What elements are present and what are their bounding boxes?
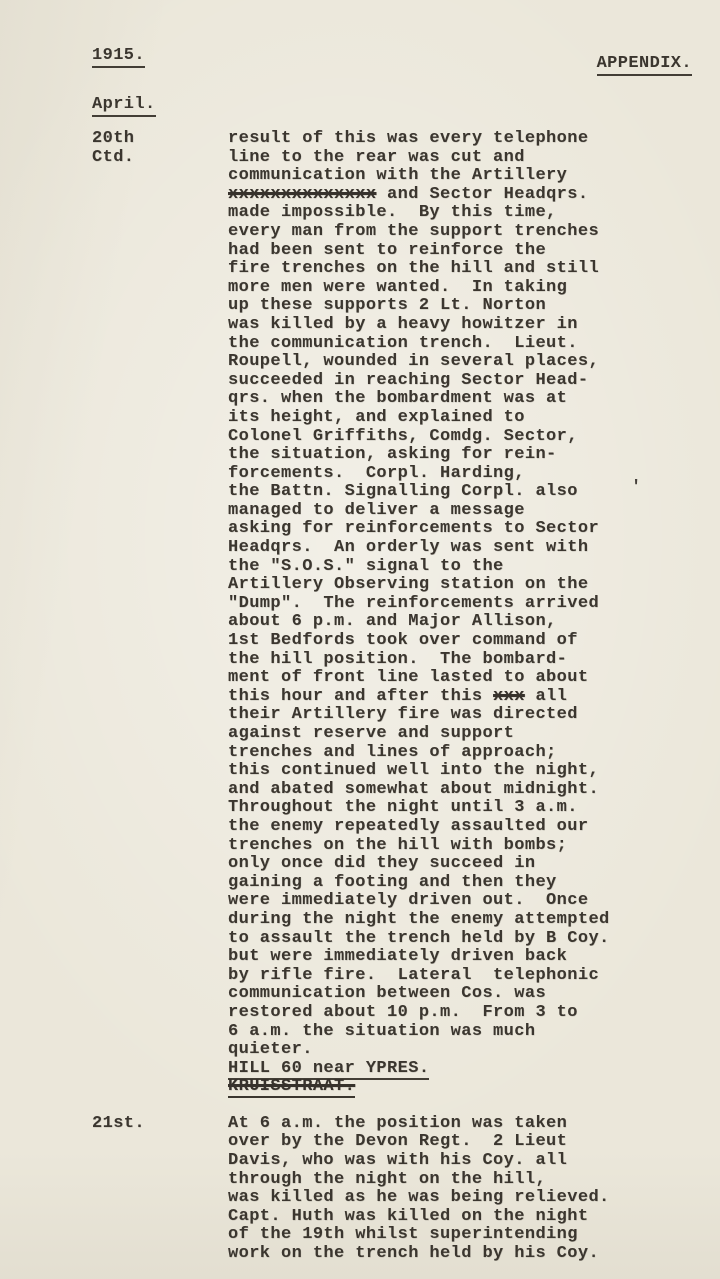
text-line: qrs. when the bombardment was at: [228, 390, 720, 409]
text-line: gaining a footing and then they: [228, 874, 720, 893]
text-segment: managed to deliver a message: [228, 501, 525, 520]
text-line: had been sent to reinforce the: [228, 242, 720, 261]
text-line: ment of front line lasted to about: [228, 669, 720, 688]
text-segment: during the night the enemy attempted: [228, 910, 610, 929]
text-line: their Artillery fire was directed: [228, 706, 720, 725]
text-line: At 6 a.m. the position was taken: [228, 1115, 720, 1134]
text-line: over by the Devon Regt. 2 Lieut: [228, 1133, 720, 1152]
text-segment: the enemy repeatedly assaulted our: [228, 817, 588, 836]
text-segment: Davis, who was with his Coy. all: [228, 1151, 567, 1170]
entry-body: At 6 a.m. the position was takenover by …: [228, 1115, 720, 1264]
document-page: 1915. APPENDIX. April. 20thCtd.result of…: [0, 0, 720, 1279]
text-segment: the hill position. The bombard-: [228, 650, 567, 669]
text-segment: Headqrs. An orderly was sent with: [228, 538, 588, 557]
text-line: by rifle fire. Lateral telephonic: [228, 967, 720, 986]
text-segment: only once did they succeed in: [228, 854, 535, 873]
text-line: were immediately driven out. Once: [228, 892, 720, 911]
text-line: the situation, asking for rein-: [228, 446, 720, 465]
ink-speck: ': [631, 478, 642, 497]
text-line: "Dump". The reinforcements arrived: [228, 595, 720, 614]
text-line: during the night the enemy attempted: [228, 911, 720, 930]
diary-entries: 20thCtd.result of this was every telepho…: [0, 130, 720, 1264]
text-segment: by rifle fire. Lateral telephonic: [228, 966, 599, 985]
text-line: made impossible. By this time,: [228, 204, 720, 223]
text-segment: restored about 10 p.m. From 3 to: [228, 1003, 578, 1022]
text-segment: 1st Bedfords took over command of: [228, 631, 578, 650]
text-line: was killed by a heavy howitzer in: [228, 316, 720, 335]
text-segment: the situation, asking for rein-: [228, 445, 557, 464]
text-line: only once did they succeed in: [228, 855, 720, 874]
text-line: restored about 10 p.m. From 3 to: [228, 1004, 720, 1023]
text-line: the hill position. The bombard-: [228, 651, 720, 670]
text-segment: its height, and explained to: [228, 408, 525, 427]
text-segment: this hour and after this: [228, 687, 493, 706]
text-line: asking for reinforcements to Sector: [228, 520, 720, 539]
text-line: more men were wanted. In taking: [228, 279, 720, 298]
text-line: fire trenches on the hill and still: [228, 260, 720, 279]
text-segment: ment of front line lasted to about: [228, 668, 588, 687]
entry-date: 21st.: [92, 1115, 228, 1134]
text-segment: made impossible. By this time,: [228, 203, 557, 222]
text-segment: more men were wanted. In taking: [228, 278, 567, 297]
text-segment: result of this was every telephone: [228, 129, 588, 148]
text-segment: quieter.: [228, 1040, 313, 1059]
text-segment: up these supports 2 Lt. Norton: [228, 296, 546, 315]
diary-entry: 21st.At 6 a.m. the position was takenove…: [92, 1115, 720, 1264]
text-segment: Capt. Huth was killed on the night: [228, 1207, 588, 1226]
struck-text: xxx: [493, 687, 525, 706]
text-line: this continued well into the night,: [228, 762, 720, 781]
text-segment: were immediately driven out. Once: [228, 891, 588, 910]
appendix-heading: APPENDIX.: [597, 54, 692, 76]
text-segment: was killed as he was being relieved.: [228, 1188, 610, 1207]
text-segment: gaining a footing and then they: [228, 873, 557, 892]
text-line: communication with the Artillery: [228, 167, 720, 186]
text-line: result of this was every telephone: [228, 130, 720, 149]
entry-date-label: 21st.: [92, 1115, 228, 1134]
text-line: the communication trench. Lieut.: [228, 335, 720, 354]
month-heading: April.: [92, 95, 156, 117]
text-segment: every man from the support trenches: [228, 222, 599, 241]
text-segment: Artillery Observing station on the: [228, 575, 588, 594]
text-line: against reserve and support: [228, 725, 720, 744]
text-line: the enemy repeatedly assaulted our: [228, 818, 720, 837]
text-segment: fire trenches on the hill and still: [228, 259, 599, 278]
year-heading: 1915.: [92, 46, 145, 68]
text-line: Headqrs. An orderly was sent with: [228, 539, 720, 558]
text-line: Throughout the night until 3 a.m.: [228, 799, 720, 818]
text-segment: Colonel Griffiths, Comdg. Sector,: [228, 427, 578, 446]
text-line: quieter.: [228, 1041, 720, 1060]
text-line: was killed as he was being relieved.: [228, 1189, 720, 1208]
text-segment: qrs. when the bombardment was at: [228, 389, 567, 408]
text-segment: trenches and lines of approach;: [228, 743, 557, 762]
diary-entry: 20thCtd.result of this was every telepho…: [92, 130, 720, 1097]
text-line: 6 a.m. the situation was much: [228, 1023, 720, 1042]
text-line: work on the trench held by his Coy.: [228, 1245, 720, 1264]
text-segment: of the 19th whilst superintending: [228, 1225, 578, 1244]
text-line: communication between Cos. was: [228, 985, 720, 1004]
entry-body: result of this was every telephoneline t…: [228, 130, 720, 1097]
text-line: 1st Bedfords took over command of: [228, 632, 720, 651]
text-line: to assault the trench held by B Coy.: [228, 930, 720, 949]
text-line: every man from the support trenches: [228, 223, 720, 242]
text-segment: "Dump". The reinforcements arrived: [228, 594, 599, 613]
entry-date: 20thCtd.: [92, 130, 228, 167]
text-segment: asking for reinforcements to Sector: [228, 519, 599, 538]
text-segment: was killed by a heavy howitzer in: [228, 315, 578, 334]
struck-text: xxxxxxxxxxxxxx: [228, 185, 376, 204]
text-line: the "S.O.S." signal to the: [228, 558, 720, 577]
text-segment: all: [525, 687, 567, 706]
text-line: managed to deliver a message: [228, 502, 720, 521]
text-segment: and Sector Headqrs.: [376, 185, 588, 204]
text-segment: 6 a.m. the situation was much: [228, 1022, 535, 1041]
text-segment: line to the rear was cut and: [228, 148, 525, 167]
entry-date-label: Ctd.: [92, 149, 228, 168]
text-segment: against reserve and support: [228, 724, 514, 743]
text-line: the Battn. Signalling Corpl. also: [228, 483, 720, 502]
text-line: Roupell, wounded in several places,: [228, 353, 720, 372]
text-segment: this continued well into the night,: [228, 761, 599, 780]
text-segment: and abated somewhat about midnight.: [228, 780, 599, 799]
text-line: up these supports 2 Lt. Norton: [228, 297, 720, 316]
text-segment: the "S.O.S." signal to the: [228, 557, 504, 576]
text-line: Colonel Griffiths, Comdg. Sector,: [228, 428, 720, 447]
text-line: Capt. Huth was killed on the night: [228, 1208, 720, 1227]
text-line: about 6 p.m. and Major Allison,: [228, 613, 720, 632]
text-segment: Roupell, wounded in several places,: [228, 352, 599, 371]
text-line: of the 19th whilst superintending: [228, 1226, 720, 1245]
text-line: succeeded in reaching Sector Head-: [228, 372, 720, 391]
text-line: xxxxxxxxxxxxxx and Sector Headqrs.: [228, 186, 720, 205]
text-line: line to the rear was cut and: [228, 149, 720, 168]
text-line: its height, and explained to: [228, 409, 720, 428]
text-line: Davis, who was with his Coy. all: [228, 1152, 720, 1171]
entry-date-label: 20th: [92, 130, 228, 149]
text-segment: their Artillery fire was directed: [228, 705, 578, 724]
text-segment: succeeded in reaching Sector Head-: [228, 371, 588, 390]
text-segment: the communication trench. Lieut.: [228, 334, 578, 353]
text-line: Artillery Observing station on the: [228, 576, 720, 595]
text-line: trenches on the hill with bombs;: [228, 837, 720, 856]
text-segment: work on the trench held by his Coy.: [228, 1244, 599, 1263]
text-segment: about 6 p.m. and Major Allison,: [228, 612, 557, 631]
text-line: this hour and after this xxx all: [228, 688, 720, 707]
text-line: trenches and lines of approach;: [228, 744, 720, 763]
struck-text: KRUISSTRAAT.: [228, 1077, 355, 1098]
text-segment: over by the Devon Regt. 2 Lieut: [228, 1132, 567, 1151]
text-line: KRUISSTRAAT.: [228, 1078, 720, 1097]
text-segment: communication between Cos. was: [228, 984, 546, 1003]
text-segment: trenches on the hill with bombs;: [228, 836, 567, 855]
text-segment: forcements. Corpl. Harding,: [228, 464, 525, 483]
text-line: but were immediately driven back: [228, 948, 720, 967]
text-segment: to assault the trench held by B Coy.: [228, 929, 610, 948]
text-line: and abated somewhat about midnight.: [228, 781, 720, 800]
text-line: through the night on the hill,: [228, 1171, 720, 1190]
text-segment: but were immediately driven back: [228, 947, 567, 966]
text-segment: communication with the Artillery: [228, 166, 567, 185]
text-line: forcements. Corpl. Harding,: [228, 465, 720, 484]
text-segment: At 6 a.m. the position was taken: [228, 1114, 567, 1133]
text-line: HILL 60 near YPRES.: [228, 1060, 720, 1079]
text-segment: had been sent to reinforce the: [228, 241, 546, 260]
text-segment: through the night on the hill,: [228, 1170, 546, 1189]
text-segment: the Battn. Signalling Corpl. also: [228, 482, 578, 501]
text-segment: Throughout the night until 3 a.m.: [228, 798, 578, 817]
